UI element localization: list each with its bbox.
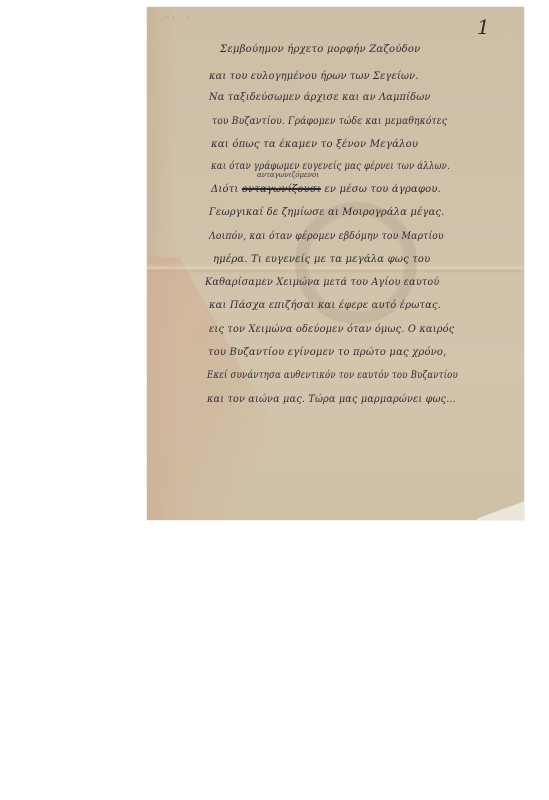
manuscript-line-7: Διότι ονταγωνίζουσι εν μέσω του άγραφου. <box>211 183 441 195</box>
paper-stain-left <box>147 7 177 520</box>
manuscript-line-16: και τον αιώνα μας. Τώρα μας μαρμαρώνει φ… <box>207 393 456 405</box>
manuscript-line-4: του Βυζαντίου. Γράφομεν τώδε και μεμαθηκ… <box>212 115 447 127</box>
manuscript-page: · · · · ·· · 1 Σεμβούημον ήρχετο μορφήν … <box>147 7 524 520</box>
corner-mark: ·· · <box>165 13 192 23</box>
line-7-end: εν μέσω του άγραφου. <box>324 183 441 195</box>
paper-stain-corner <box>147 257 327 520</box>
document-viewer: · · · · ·· · 1 Σεμβούημον ήρχετο μορφήν … <box>0 0 549 800</box>
manuscript-line-14: του Βυζαντίου εγίνομεν το πρώτο μας χρόν… <box>208 346 446 358</box>
manuscript-line-3: Να ταξιδεύσωμεν άρχισε και αν Λαμπίδων <box>209 91 430 103</box>
manuscript-line-6: και όταν γράφωμεν ευγενείς μας φέρνει τω… <box>211 160 450 172</box>
manuscript-line-10: ημέρα. Τι ευγενείς με τα μεγάλα φως του <box>213 253 430 265</box>
manuscript-line-9: Λοιπόν, και όταν φέρομεν εβδόμην του Μαρ… <box>209 230 444 242</box>
struck-word: ονταγωνίζουσι <box>242 183 321 195</box>
manuscript-line-1: Σεμβούημον ήρχετο μορφήν Ζαζούδον <box>220 43 420 55</box>
interlinear-correction: ανταγωνιζόμενοι <box>257 171 319 179</box>
page-number: 1 <box>477 15 490 39</box>
manuscript-line-11: Καθαρίσαμεν Χειμώνα μετά του Αγίου εαυτο… <box>205 276 439 288</box>
manuscript-line-5: και όπως τα έκαμεν το ξένον Μεγάλου <box>211 138 418 150</box>
manuscript-line-8: Γεωργικαί δε ζημίωσε αι Μοιρογράλα μέγας… <box>209 206 444 218</box>
line-7-start: Διότι <box>211 183 239 195</box>
manuscript-line-12: και Πάσχα επιζήσαι και έφερε αυτό έρωτας… <box>209 299 441 311</box>
manuscript-line-13: εις τον Χειμώνα οδεύομεν όταν όμως. Ο κα… <box>209 323 454 335</box>
paper-fold-line <box>147 264 524 274</box>
manuscript-line-15: Εκεί συνάντησα αυθεντικόν τον εαυτόν του… <box>207 369 458 381</box>
paper-tear <box>477 498 524 520</box>
manuscript-line-2: και του ευλογημένου ήρων των Σεγείων. <box>209 70 419 82</box>
